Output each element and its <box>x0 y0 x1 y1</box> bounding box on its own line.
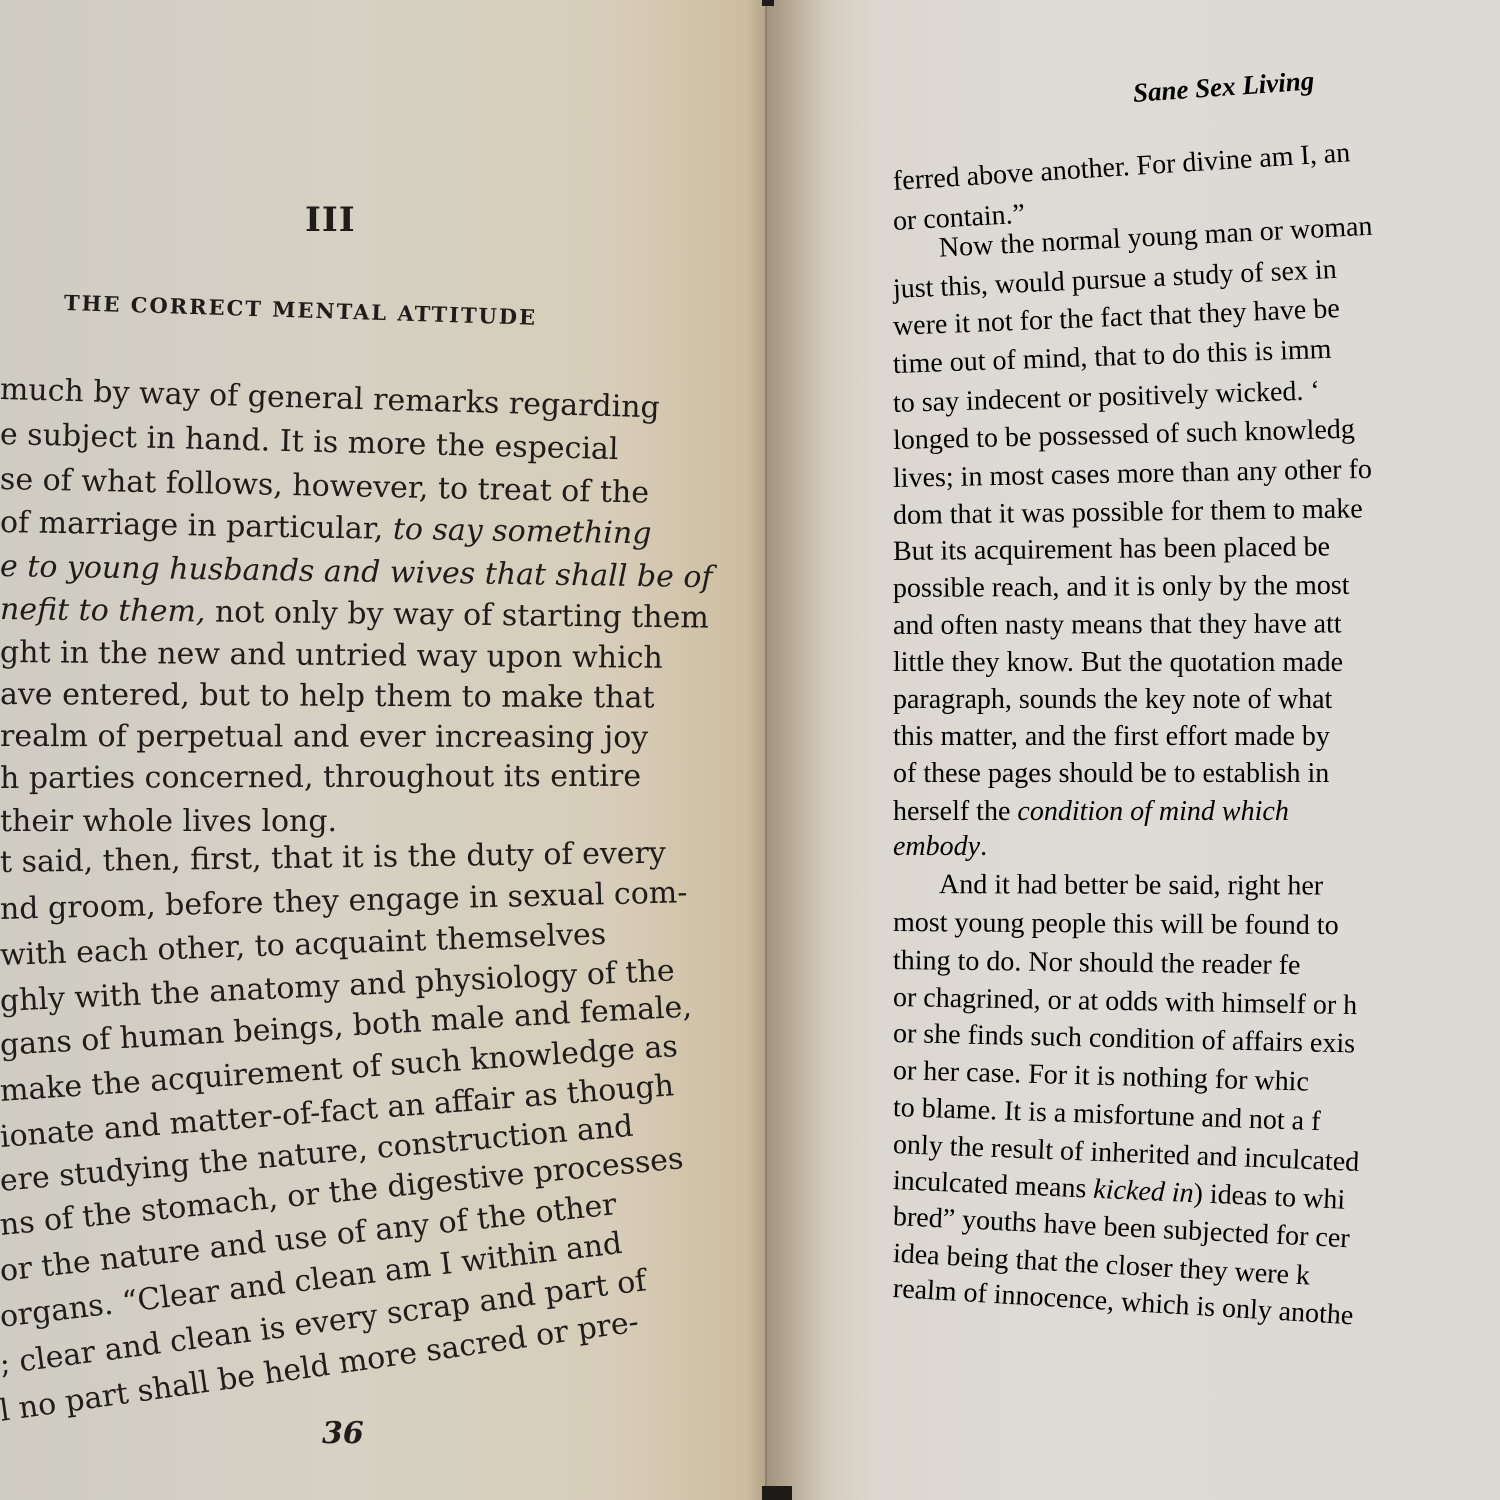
text-line: ave entered, but to help them to make th… <box>0 677 655 716</box>
text-line: nefit to them, not only by way of starti… <box>0 592 709 637</box>
left-page: III THE CORRECT MENTAL ATTITUDE much by … <box>0 0 765 1500</box>
text-line: But its acquirement has been placed be <box>893 530 1330 569</box>
text-line: e to young husbands and wives that shall… <box>0 549 713 596</box>
text-line: this matter, and the first effort made b… <box>893 720 1330 754</box>
text-line: most young people this will be found to <box>893 906 1339 943</box>
text-line: se of what follows, however, to treat of… <box>0 462 649 512</box>
text-line: paragraph, sounds the key note of what <box>893 683 1332 717</box>
text-line: t said, then, first, that it is the duty… <box>0 836 666 881</box>
text-line: of marriage in particular, to say someth… <box>0 505 652 552</box>
text-line: e subject in hand. It is more the especi… <box>0 417 619 468</box>
text-line: And it had better be said, right her <box>893 868 1323 904</box>
text-line: h parties concerned, throughout its enti… <box>0 759 641 797</box>
text-line: herself the condition of mind which <box>893 795 1289 829</box>
text-line: embody. <box>893 830 987 864</box>
text-line: dom that it was possible for them to mak… <box>893 492 1363 533</box>
page-number: 36 <box>322 1416 364 1451</box>
spine-edge <box>762 0 774 6</box>
text-line: much by way of general remarks regarding <box>0 372 660 426</box>
spine-edge <box>762 1486 792 1500</box>
text-line: of these pages should be to establish in <box>893 757 1329 791</box>
text-line: and often nasty means that they have att <box>893 607 1342 643</box>
text-line: little they know. But the quotation made <box>893 646 1343 680</box>
chapter-number: III <box>305 200 356 240</box>
text-line: realm of perpetual and ever increasing j… <box>0 719 648 756</box>
text-line: their whole lives long. <box>0 804 337 840</box>
text-line: thing to do. Nor should the reader fe <box>893 944 1301 983</box>
text-line: possible reach, and it is only by the mo… <box>893 569 1350 606</box>
chapter-title: THE CORRECT MENTAL ATTITUDE <box>64 290 538 330</box>
open-book-spread: III THE CORRECT MENTAL ATTITUDE much by … <box>0 0 1500 1500</box>
text-line: ght in the new and untried way upon whic… <box>0 635 663 677</box>
